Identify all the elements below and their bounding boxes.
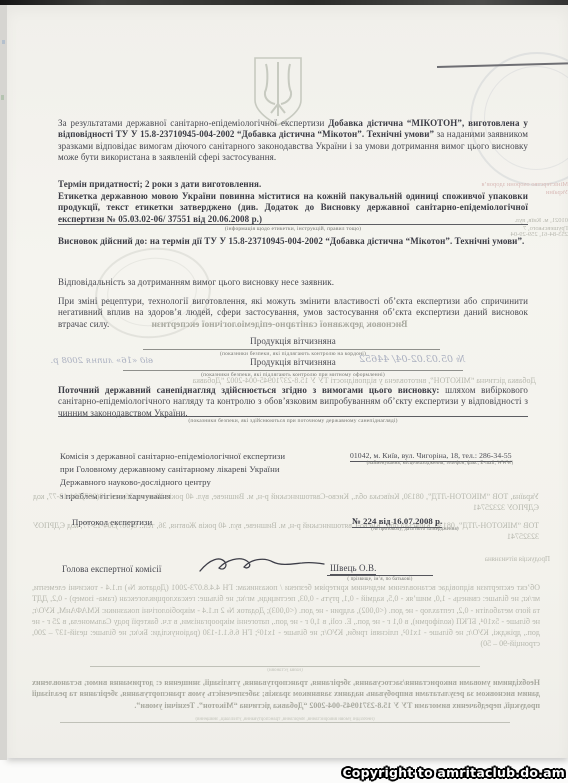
surveillance-caption: (показники безпеки, які здійснюються при… xyxy=(58,418,528,424)
scanned-certificate-screenshot: Міністерство охорони здоров’я України 01… xyxy=(0,0,568,783)
scan-left-edge xyxy=(0,5,7,760)
label-caption: (інформація щодо етикетки, інструкцій, п… xyxy=(58,226,528,232)
domestic-product-line-1: Продукція вітчизняна xyxy=(58,336,528,347)
surveillance-bold: Поточний державний санепіднагляд здійсню… xyxy=(58,385,440,395)
signature-name-value: Швець О.В. xyxy=(330,563,376,575)
protocol-label: Протокол експертизи xyxy=(72,517,232,528)
shelf-life-line: Термін придатності; 2 роки з дати вигото… xyxy=(58,179,528,190)
commission-line-1: Комісія з державної санітарно-епідеміоло… xyxy=(60,450,325,463)
bleedthrough-applicant-1: Україна, ТОВ “МІКОТОН-ЛТД”, 08130, Київс… xyxy=(33,491,539,514)
commission-line-2: при Головному державному санітарному лік… xyxy=(60,463,325,476)
intro-paragraph: За результатами державної санітарно-епід… xyxy=(58,118,528,163)
bleedthrough-criteria-caption: (назва установи) xyxy=(90,668,480,674)
copyright-watermark: Copyright to amritaclub.do.am xyxy=(342,765,565,780)
divider-rule xyxy=(58,416,528,417)
bleedthrough-heading: Висновок державної санітарно-епідеміолог… xyxy=(112,320,447,331)
responsibility-line: Відповідальність за дотриманням вимог ць… xyxy=(58,277,528,288)
commission-address-caption: (найменування, місцезнаходження, телефон… xyxy=(348,461,532,467)
scan-artifact xyxy=(1,95,4,100)
label-requirements-paragraph: Етикетка державною мовою України повинна… xyxy=(58,191,528,225)
domestic-product-line-2: Продукція вітчизняна xyxy=(58,357,528,368)
commission-address: 01042, м. Київ, вул. Чигоріна, 18, тел.:… xyxy=(350,450,530,461)
bleedthrough-criteria-paragraph: Об’єкт експертизи відповідає встановлени… xyxy=(32,582,540,650)
bleedthrough-rule xyxy=(60,722,510,723)
divider-rule xyxy=(58,224,528,225)
surveillance-paragraph: Поточний державний санепіднагляд здійсню… xyxy=(58,385,528,419)
signature-underline xyxy=(327,575,433,576)
valid-until-paragraph: Висновок дійсний до: на термін дії ТУ У … xyxy=(58,236,528,247)
divider-rule xyxy=(143,349,440,350)
protocol-value: № 224 від 16.07.2008 р. xyxy=(352,516,502,527)
protocol-caption: (№ протоколу, дата його затвердження) xyxy=(350,527,480,533)
commission-line-3: Державного науково-дослідного центру xyxy=(60,476,325,489)
signature-stroke xyxy=(196,551,326,577)
bleedthrough-rule xyxy=(90,666,480,667)
bleedthrough-conditions-paragraph: Необхідними умовами використання/застосу… xyxy=(32,677,540,711)
scan-artifact xyxy=(2,40,5,44)
signature-name: Швець О.В. xyxy=(330,563,440,574)
intro-text: За результатами державної санітарно-епід… xyxy=(58,118,328,128)
divider-rule xyxy=(123,370,463,371)
scan-top-edge xyxy=(0,0,568,5)
bleedthrough-product-right: Продукція вітчизняна xyxy=(430,554,550,565)
